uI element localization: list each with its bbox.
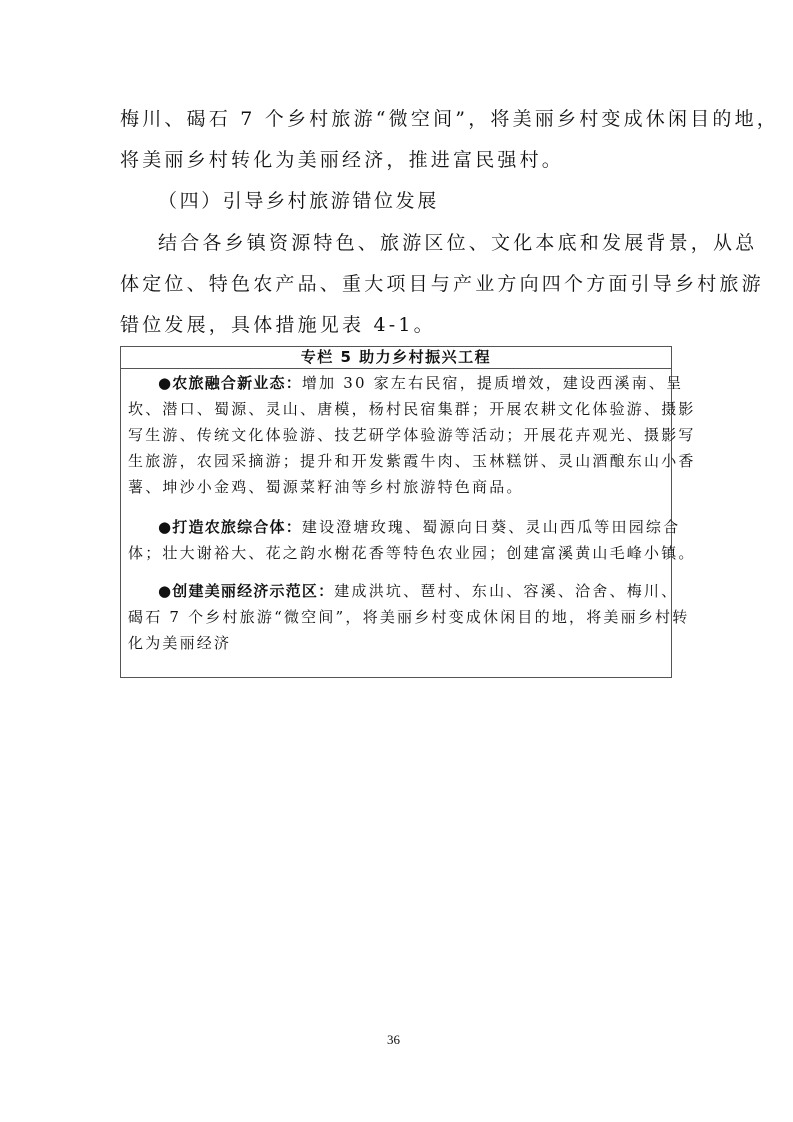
document-page: 梅川、碣石 7 个乡村旅游“微空间”，将美丽乡村变成休闲目的地， 将美丽乡村转化… [0, 0, 793, 1122]
box-item-label: ●农旅融合新业态： [158, 374, 302, 392]
paragraph-line: 体定位、特色农产品、重大项目与产业方向四个方面引导乡村旅游 [120, 272, 764, 296]
paragraph-line: 结合各乡镇资源特色、旅游区位、文化本底和发展背景，从总 [158, 231, 757, 255]
box-item-first-line: ●创建美丽经济示范区：建成洪坑、琶村、东山、容溪、洽舍、梅川、 [158, 581, 678, 601]
box-item-line: 坎、潜口、蜀源、灵山、唐模，杨村民宿集群；开展农耕文化体验游、摄影 [128, 399, 696, 419]
box-item-label: ●创建美丽经济示范区： [158, 582, 334, 600]
paragraph-line: 梅川、碣石 7 个乡村旅游“微空间”，将美丽乡村变成休闲目的地， [120, 107, 779, 131]
box-item-line: 薯、坤沙小金鸡、蜀源菜籽油等乡村旅游特色商品。 [128, 477, 524, 497]
section-heading: （四）引导乡村旅游错位发展 [158, 189, 439, 213]
box-item-first-line: ●打造农旅综合体：建设澄塘玫瑰、蜀源向日葵、灵山西瓜等田园综合 [158, 517, 680, 537]
box-item-line: 体；壮大谢裕大、花之韵水榭花香等特色农业园；创建富溪黄山毛峰小镇。 [128, 543, 696, 563]
paragraph-line: 错位发展，具体措施见表 4-1。 [120, 313, 436, 337]
box-item-line: 化为美丽经济 [128, 633, 231, 653]
page-number: 36 [387, 1032, 400, 1048]
box-item-text: 建成洪坑、琶村、东山、容溪、洽舍、梅川、 [334, 582, 678, 600]
box-item-first-line: ●农旅融合新业态：增加 30 家左右民宿，提质增效，建设西溪南、呈 [158, 373, 683, 393]
feature-box: 专栏 5 助力乡村振兴工程 ●农旅融合新业态：增加 30 家左右民宿，提质增效，… [120, 346, 672, 678]
paragraph-line: 将美丽乡村转化为美丽经济，推进富民强村。 [120, 148, 564, 172]
box-title: 专栏 5 助力乡村振兴工程 [121, 347, 671, 369]
box-item-line: 碣石 7 个乡村旅游“微空间”，将美丽乡村变成休闲目的地，将美丽乡村转 [128, 607, 689, 627]
box-item-line: 写生游、传统文化体验游、技艺研学体验游等活动；开展花卉观光、摄影写 [128, 425, 696, 445]
box-item-label: ●打造农旅综合体： [158, 518, 302, 536]
box-item-text: 增加 30 家左右民宿，提质增效，建设西溪南、呈 [302, 374, 683, 392]
box-item-text: 建设澄塘玫瑰、蜀源向日葵、灵山西瓜等田园综合 [302, 518, 680, 536]
box-item-line: 生旅游，农园采摘游；提升和开发紫霞牛肉、玉林糕饼、灵山酒酿东山小香 [128, 451, 696, 471]
